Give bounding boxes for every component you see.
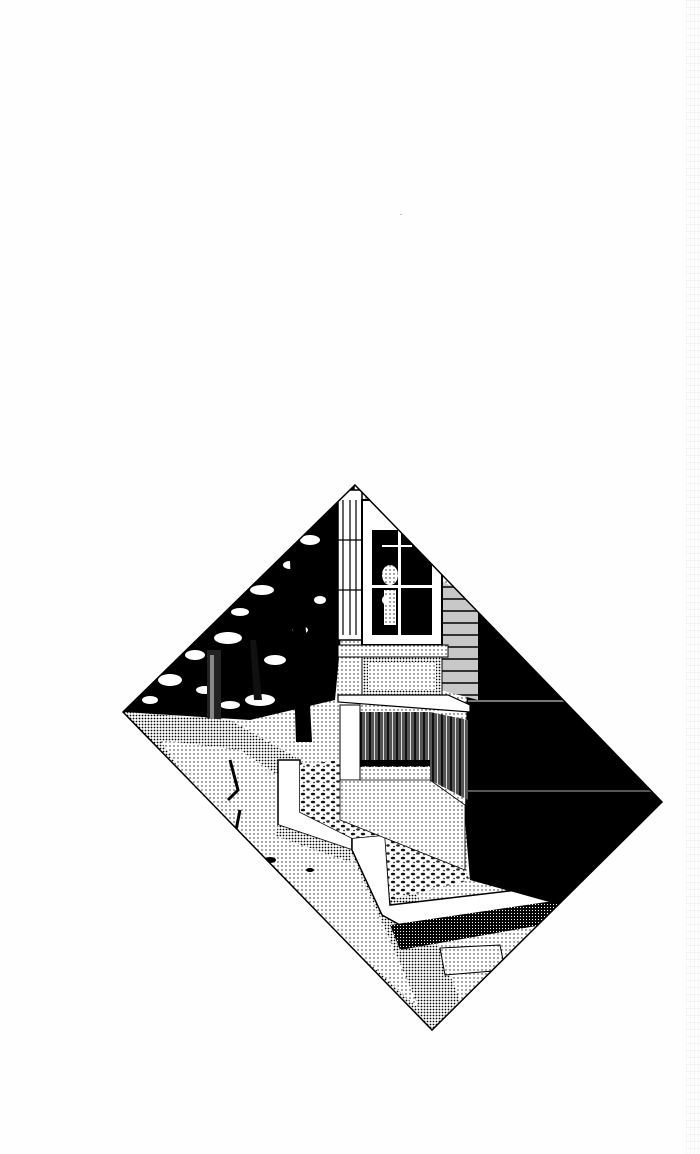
diamond-photo — [0, 0, 700, 1154]
